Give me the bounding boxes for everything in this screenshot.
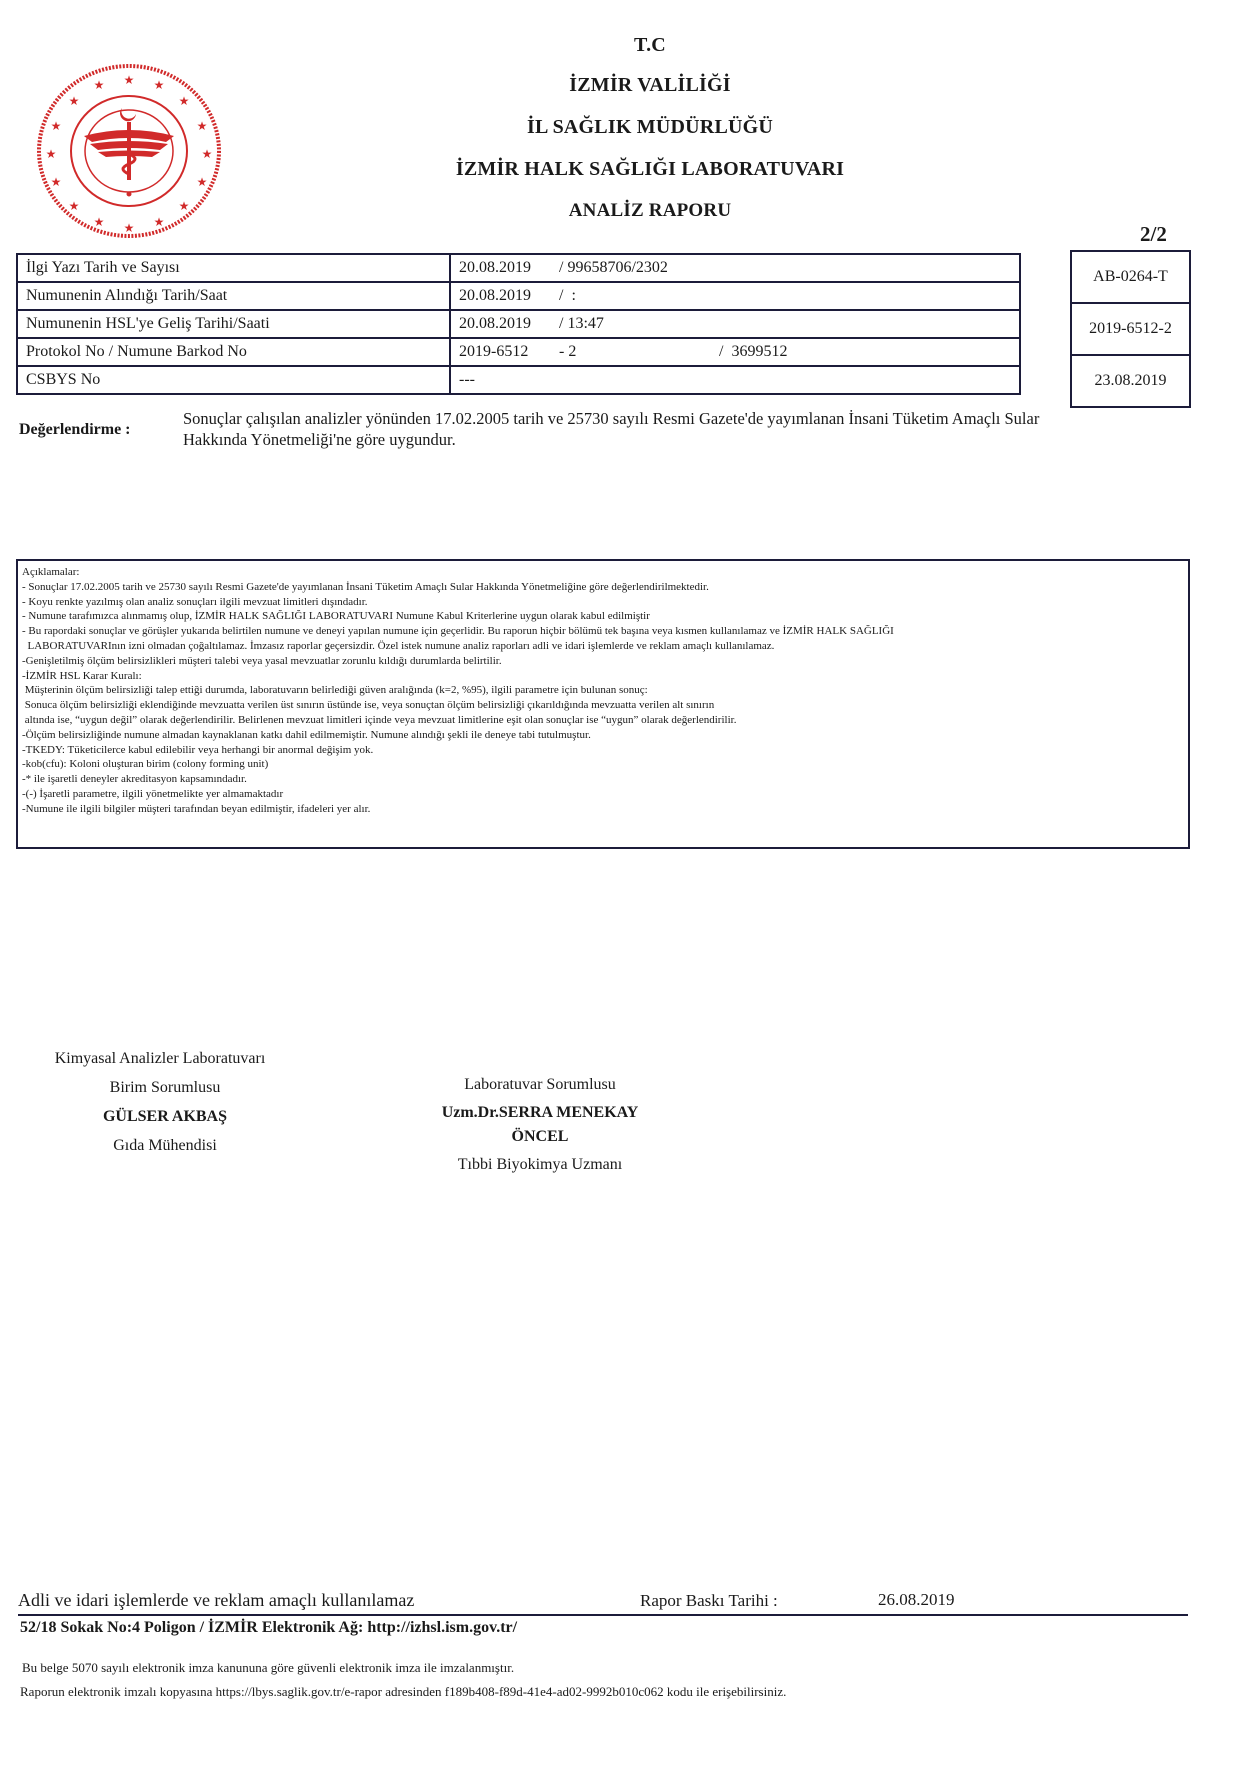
explanations-title: Açıklamalar: bbox=[22, 565, 1182, 580]
form-code: AB-0264-T bbox=[1072, 252, 1189, 304]
info-date: 20.08.2019 bbox=[459, 259, 559, 277]
explanation-line: altında ise, “uygun değil” olarak değerl… bbox=[22, 713, 1182, 728]
explanation-line: -Genişletilmiş ölçüm belirsizlikleri müş… bbox=[22, 654, 1182, 669]
explanation-line: -Numune ile ilgili bilgiler müşteri tara… bbox=[22, 802, 1182, 817]
print-date-label: Rapor Baskı Tarihi : bbox=[640, 1591, 778, 1611]
info-detail: - 2 bbox=[559, 343, 719, 361]
info-extra: / 3699512 bbox=[719, 343, 787, 361]
evaluation-line: Sonuçlar çalışılan analizler yönünden 17… bbox=[183, 408, 1183, 429]
usage-restriction-note: Adli ve idari işlemlerde ve reklam amaçl… bbox=[18, 1590, 414, 1611]
signer-role: Laboratuvar Sorumlusu bbox=[420, 1073, 660, 1097]
header-governorship: İZMİR VALİLİĞİ bbox=[400, 74, 900, 97]
ministry-of-health-seal-icon: ★★★ ★★ ★★ ★★ ★★ ★★ ★★★ bbox=[34, 62, 224, 240]
info-label: CSBYS No bbox=[17, 366, 450, 394]
info-value: 20.08.2019/ 13:47 bbox=[450, 310, 1020, 338]
info-date: 20.08.2019 bbox=[459, 287, 559, 305]
esignature-verification-link[interactable]: Raporun elektronik imzalı kopyasına http… bbox=[20, 1684, 786, 1700]
explanation-line: -Ölçüm belirsizliğinde numune almadan ka… bbox=[22, 728, 1182, 743]
svg-text:★: ★ bbox=[69, 199, 80, 213]
info-row: Protokol No / Numune Barkod No2019-6512-… bbox=[17, 338, 1020, 366]
signer-unit: Kimyasal Analizler Laboratuvarı bbox=[30, 1044, 290, 1073]
info-row: İlgi Yazı Tarih ve Sayısı20.08.2019/ 996… bbox=[17, 254, 1020, 282]
sample-id: 2019-6512-2 bbox=[1072, 304, 1189, 356]
explanation-line: - Numune tarafımızca alınmamış olup, İZM… bbox=[22, 609, 1182, 624]
svg-text:★: ★ bbox=[124, 73, 135, 87]
info-value: 20.08.2019/ : bbox=[450, 282, 1020, 310]
info-detail: / : bbox=[559, 287, 719, 305]
evaluation-text: Sonuçlar çalışılan analizler yönünden 17… bbox=[183, 408, 1183, 450]
info-value: 2019-6512- 2/ 3699512 bbox=[450, 338, 1020, 366]
explanation-line: - Sonuçlar 17.02.2005 tarih ve 25730 say… bbox=[22, 580, 1182, 595]
explanation-line: -kob(cfu): Koloni oluşturan birim (colon… bbox=[22, 757, 1182, 772]
svg-text:★: ★ bbox=[51, 175, 62, 189]
svg-text:★: ★ bbox=[94, 78, 105, 92]
header-tc: T.C bbox=[400, 34, 900, 57]
explanation-line: -İZMİR HSL Karar Kuralı: bbox=[22, 669, 1182, 684]
info-label: Numunenin Alındığı Tarih/Saat bbox=[17, 282, 450, 310]
print-date: 26.08.2019 bbox=[878, 1590, 955, 1610]
report-id-box: AB-0264-T 2019-6512-2 23.08.2019 bbox=[1070, 250, 1191, 408]
explanation-line: -(-) İşaretli parametre, ilgili yönetmel… bbox=[22, 787, 1182, 802]
svg-text:★: ★ bbox=[46, 147, 57, 161]
info-date: --- bbox=[459, 371, 559, 389]
footer-divider bbox=[18, 1614, 1188, 1616]
document-title: ANALİZ RAPORU bbox=[400, 200, 900, 222]
info-label: Numunenin HSL'ye Geliş Tarihi/Saati bbox=[17, 310, 450, 338]
svg-text:★: ★ bbox=[179, 94, 190, 108]
explanations-box: Açıklamalar: - Sonuçlar 17.02.2005 tarih… bbox=[16, 559, 1190, 849]
signer-name: GÜLSER AKBAŞ bbox=[40, 1102, 290, 1131]
signer-name: Uzm.Dr.SERRA MENEKAY bbox=[420, 1101, 660, 1125]
info-value: 20.08.2019/ 99658706/2302 bbox=[450, 254, 1020, 282]
svg-text:★: ★ bbox=[197, 175, 208, 189]
info-detail: / 13:47 bbox=[559, 315, 719, 333]
svg-text:★: ★ bbox=[154, 215, 165, 229]
info-label: Protokol No / Numune Barkod No bbox=[17, 338, 450, 366]
svg-text:★: ★ bbox=[202, 147, 213, 161]
lab-address: 52/18 Sokak No:4 Poligon / İZMİR Elektro… bbox=[20, 1619, 517, 1637]
signer-role: Birim Sorumlusu bbox=[40, 1073, 290, 1102]
signer-title: Tıbbi Biyokimya Uzmanı bbox=[420, 1153, 660, 1177]
header-laboratory: İZMİR HALK SAĞLIĞI LABORATUVARI bbox=[400, 158, 900, 181]
svg-text:★: ★ bbox=[197, 119, 208, 133]
info-date: 20.08.2019 bbox=[459, 315, 559, 333]
signer-name-cont: ÖNCEL bbox=[420, 1125, 660, 1149]
explanation-line: - Bu rapordaki sonuçlar ve görüşler yuka… bbox=[22, 624, 1182, 639]
svg-text:★: ★ bbox=[69, 94, 80, 108]
explanation-line: -* ile işaretli deneyler akreditasyon ka… bbox=[22, 772, 1182, 787]
explanation-line: LABORATUVARInın izni olmadan çoğaltılama… bbox=[22, 639, 1182, 654]
signer-title: Gıda Mühendisi bbox=[40, 1131, 290, 1160]
info-row: Numunenin HSL'ye Geliş Tarihi/Saati20.08… bbox=[17, 310, 1020, 338]
svg-text:★: ★ bbox=[124, 221, 135, 235]
svg-text:★: ★ bbox=[179, 199, 190, 213]
explanation-line: - Koyu renkte yazılmış olan analiz sonuç… bbox=[22, 595, 1182, 610]
esignature-note: Bu belge 5070 sayılı elektronik imza kan… bbox=[22, 1660, 514, 1676]
explanation-line: Sonuca ölçüm belirsizliği eklendiğinde m… bbox=[22, 698, 1182, 713]
svg-text:★: ★ bbox=[51, 119, 62, 133]
report-date: 23.08.2019 bbox=[1072, 356, 1189, 406]
evaluation-line: Hakkında Yönetmeliği'ne göre uygundur. bbox=[183, 429, 1183, 450]
info-row: Numunenin Alındığı Tarih/Saat20.08.2019/… bbox=[17, 282, 1020, 310]
explanation-line: Müşterinin ölçüm belirsizliği talep etti… bbox=[22, 683, 1182, 698]
info-detail: / 99658706/2302 bbox=[559, 259, 719, 277]
info-row: CSBYS No--- bbox=[17, 366, 1020, 394]
info-value: --- bbox=[450, 366, 1020, 394]
svg-text:★: ★ bbox=[154, 78, 165, 92]
info-label: İlgi Yazı Tarih ve Sayısı bbox=[17, 254, 450, 282]
evaluation-label: Değerlendirme : bbox=[19, 421, 131, 439]
page-number: 2/2 bbox=[1140, 222, 1167, 247]
explanation-line: -TKEDY: Tüketicilerce kabul edilebilir v… bbox=[22, 743, 1182, 758]
svg-text:★: ★ bbox=[94, 215, 105, 229]
sample-info-table: İlgi Yazı Tarih ve Sayısı20.08.2019/ 996… bbox=[16, 253, 1021, 395]
signature-unit-head: Kimyasal Analizler Laboratuvarı Birim So… bbox=[40, 1044, 290, 1160]
header-directorate: İL SAĞLIK MÜDÜRLÜĞÜ bbox=[400, 116, 900, 139]
signature-lab-head: Laboratuvar Sorumlusu Uzm.Dr.SERRA MENEK… bbox=[420, 1073, 660, 1177]
info-date: 2019-6512 bbox=[459, 343, 559, 361]
